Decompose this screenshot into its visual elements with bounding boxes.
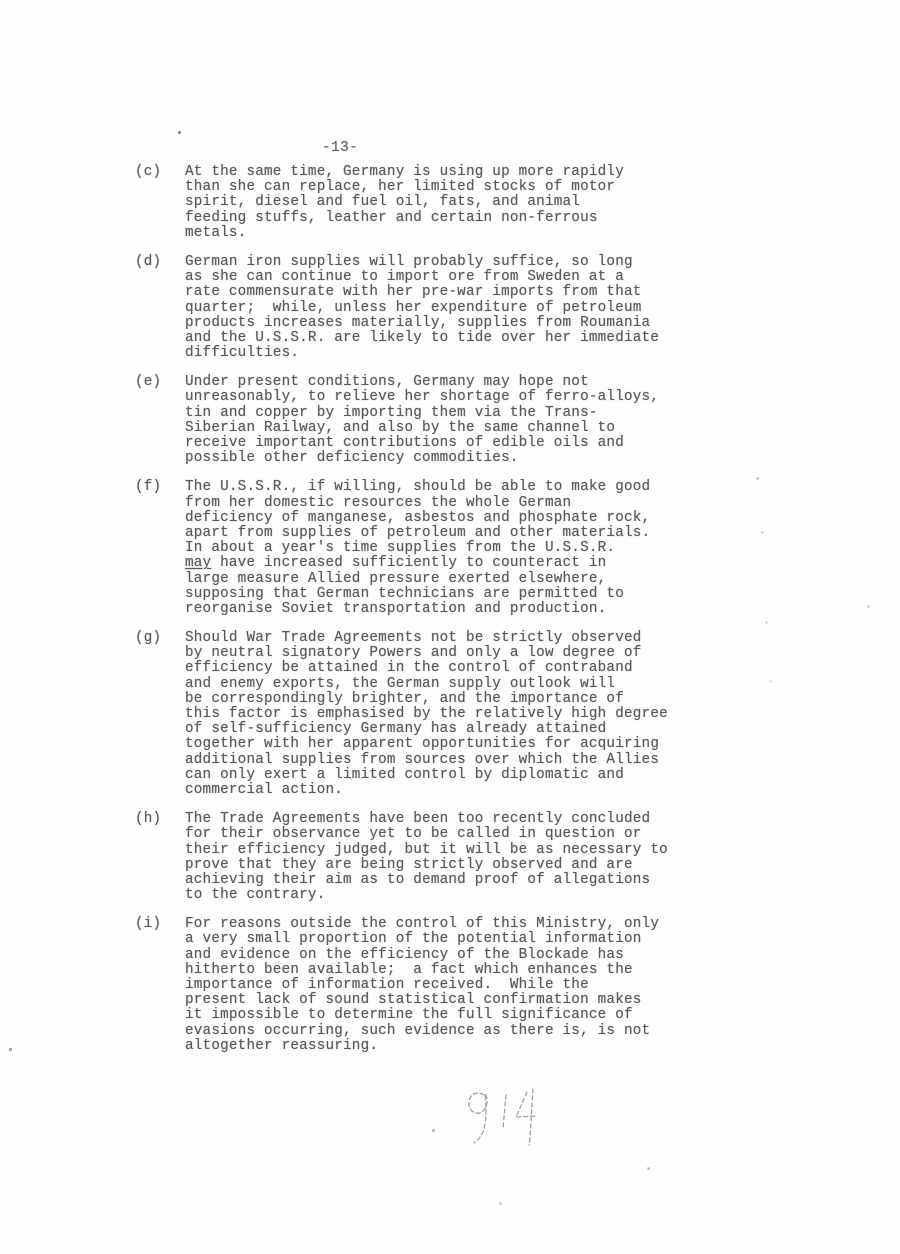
text-line: prove that they are being strictly obser… — [185, 858, 695, 873]
text-line: altogether reassuring. — [185, 1039, 695, 1054]
handwritten-pencil-mark — [455, 1082, 575, 1182]
page-number: -13- — [322, 140, 358, 156]
text-line: importance of information received. Whil… — [185, 978, 695, 993]
text-line: possible other deficiency commodities. — [185, 451, 695, 466]
text-line: The U.S.S.R., if willing, should be able… — [185, 480, 695, 495]
text-line: for their observance yet to be called in… — [185, 827, 695, 842]
text-line: can only exert a limited control by dipl… — [185, 768, 695, 783]
text-line: rate commensurate with her pre-war impor… — [185, 285, 695, 300]
text-line: supposing that German technicians are pe… — [185, 587, 695, 602]
text-line: and the U.S.S.R. are likely to tide over… — [185, 331, 695, 346]
text-line: unreasonably, to relieve her shortage of… — [185, 390, 695, 405]
text-line: Should War Trade Agreements not be stric… — [185, 631, 695, 646]
text-line: and enemy exports, the German supply out… — [185, 677, 695, 692]
text-line: together with her apparent opportunities… — [185, 737, 695, 752]
text-line: hitherto been available; a fact which en… — [185, 963, 695, 978]
scan-speckles — [0, 0, 1, 1]
text-line: spirit, diesel and fuel oil, fats, and a… — [185, 195, 695, 210]
underlined-word: may — [185, 555, 211, 571]
text-line: efficiency be attained in the control of… — [185, 661, 695, 676]
text-line: a very small proportion of the potential… — [185, 932, 695, 947]
paragraph: (e)Under present conditions, Germany may… — [135, 375, 695, 466]
paragraph-text: German iron supplies will probably suffi… — [185, 255, 695, 361]
paragraph: (c)At the same time, Germany is using up… — [135, 165, 695, 241]
text-line: quarter; while, unless her expenditure o… — [185, 301, 695, 316]
text-line: products increases materially, supplies … — [185, 316, 695, 331]
paragraph-label: (d) — [135, 255, 185, 361]
paragraph-label: (f) — [135, 480, 185, 617]
text-line-rest: have increased sufficiently to counterac… — [211, 555, 606, 571]
pencil-digit-9 — [469, 1093, 487, 1143]
text-line: their efficiency judged, but it will be … — [185, 843, 695, 858]
text-line: to the contrary. — [185, 888, 695, 903]
paragraph: (f)The U.S.S.R., if willing, should be a… — [135, 480, 695, 617]
text-line: be correspondingly brighter, and the imp… — [185, 692, 695, 707]
paragraph-list: (c)At the same time, Germany is using up… — [135, 165, 695, 1068]
text-line: and evidence on the efficiency of the Bl… — [185, 948, 695, 963]
paragraph-label: (c) — [135, 165, 185, 241]
paragraph-label: (h) — [135, 812, 185, 903]
text-line: this factor is emphasised by the relativ… — [185, 707, 695, 722]
pencil-digit-1 — [503, 1095, 506, 1129]
paragraph-text: The U.S.S.R., if willing, should be able… — [185, 480, 695, 617]
text-line: it impossible to determine the full sign… — [185, 1008, 695, 1023]
text-line: Siberian Railway, and also by the same c… — [185, 421, 695, 436]
paragraph: (h)The Trade Agreements have been too re… — [135, 812, 695, 903]
text-line: receive important contributions of edibl… — [185, 436, 695, 451]
paragraph: (d)German iron supplies will probably su… — [135, 255, 695, 361]
text-line: apart from supplies of petroleum and oth… — [185, 526, 695, 541]
text-line: At the same time, Germany is using up mo… — [185, 165, 695, 180]
text-line: reorganise Soviet transportation and pro… — [185, 602, 695, 617]
text-line: evasions occurring, such evidence as the… — [185, 1024, 695, 1039]
paragraph-label: (e) — [135, 375, 185, 466]
paragraph-label: (i) — [135, 917, 185, 1054]
paragraph-text: Should War Trade Agreements not be stric… — [185, 631, 695, 798]
paragraph: (i)For reasons outside the control of th… — [135, 917, 695, 1054]
paragraph: (g)Should War Trade Agreements not be st… — [135, 631, 695, 798]
text-line: may have increased sufficiently to count… — [185, 556, 695, 571]
paragraph-label: (g) — [135, 631, 185, 798]
pencil-digit-4 — [516, 1089, 537, 1145]
paragraph-text: For reasons outside the control of this … — [185, 917, 695, 1054]
text-line: achieving their aim as to demand proof o… — [185, 873, 695, 888]
text-line: deficiency of manganese, asbestos and ph… — [185, 511, 695, 526]
paragraph-text: Under present conditions, Germany may ho… — [185, 375, 695, 466]
text-line: German iron supplies will probably suffi… — [185, 255, 695, 270]
text-line: feeding stuffs, leather and certain non-… — [185, 211, 695, 226]
text-line: from her domestic resources the whole Ge… — [185, 496, 695, 511]
text-line: large measure Allied pressure exerted el… — [185, 572, 695, 587]
text-line: commercial action. — [185, 783, 695, 798]
text-line: difficulties. — [185, 346, 695, 361]
paragraph-text: At the same time, Germany is using up mo… — [185, 165, 695, 241]
scanned-page: -13- (c)At the same time, Germany is usi… — [0, 0, 900, 1254]
text-line: tin and copper by importing them via the… — [185, 406, 695, 421]
text-line: additional supplies from sources over wh… — [185, 753, 695, 768]
paragraph-text: The Trade Agreements have been too recen… — [185, 812, 695, 903]
text-line: metals. — [185, 226, 695, 241]
